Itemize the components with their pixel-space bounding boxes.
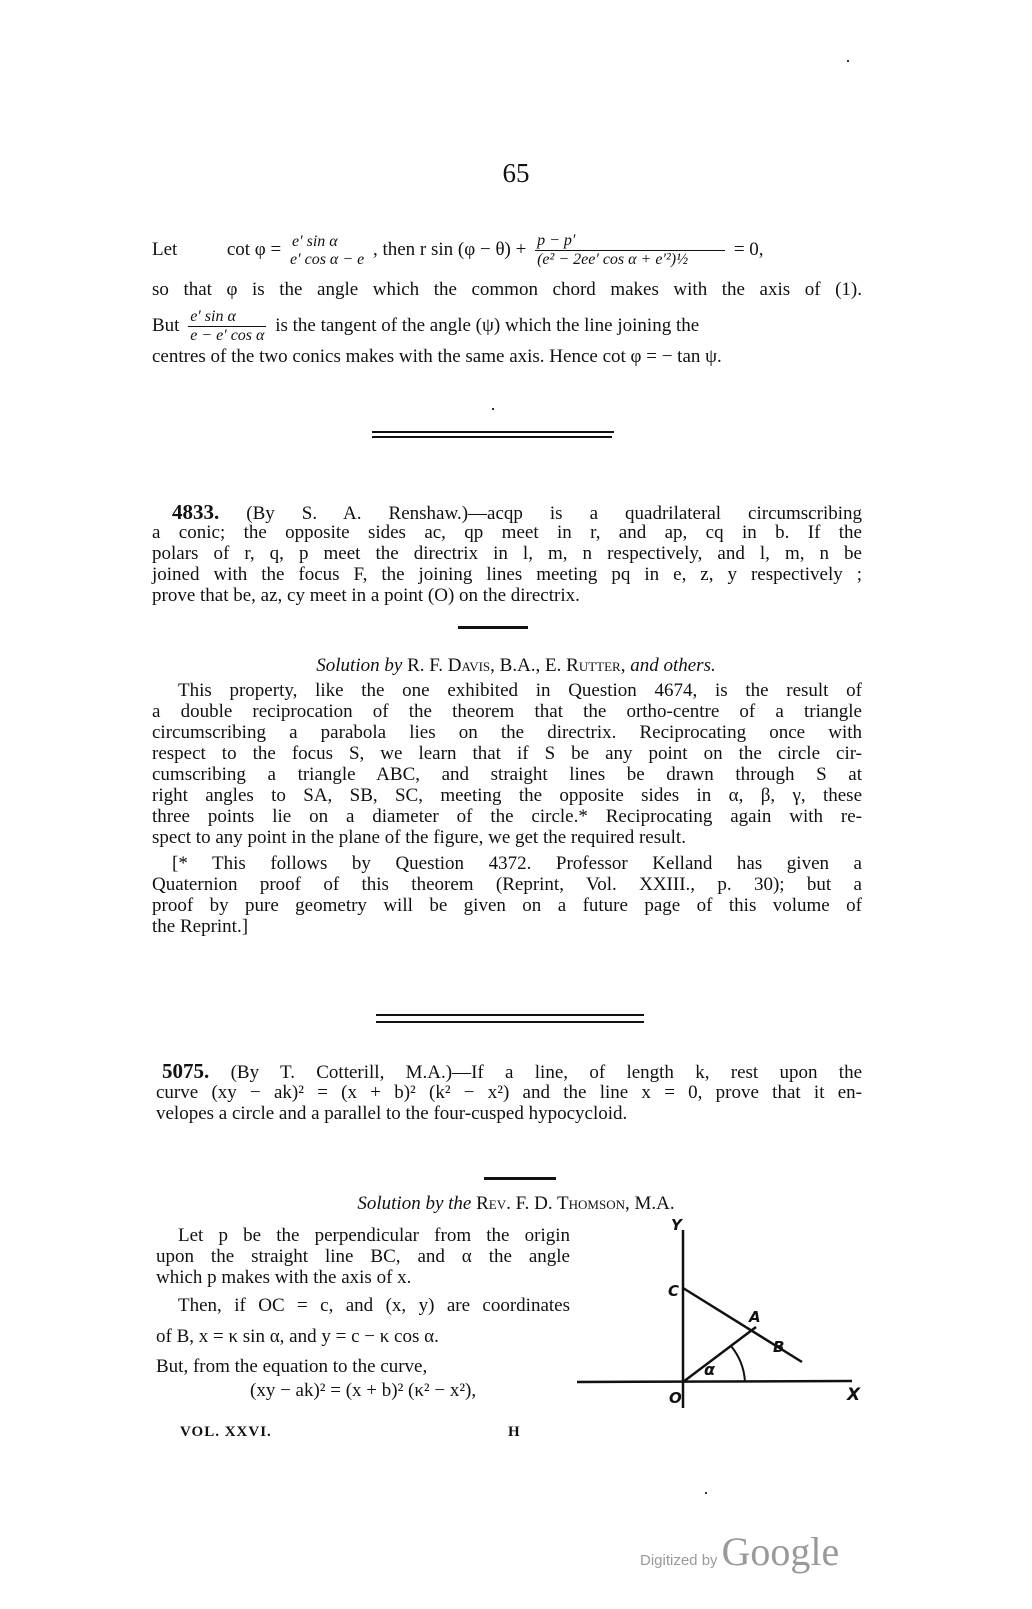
question-4833-line: prove that be, az, cy meet in a point (O…: [152, 585, 862, 607]
solution-4833-line: a double reciprocation of the theorem th…: [152, 701, 862, 723]
solution-4833-line: cumscribing a triangle ABC, and straight…: [152, 764, 862, 786]
solution-4833-line: spect to any point in the plane of the f…: [152, 827, 862, 849]
intro-fraction-2: p − p′ (e² − 2ee′ cos α + e′²)½: [535, 232, 725, 269]
solution-5075-line: Then, if OC = c, and (x, y) are coordina…: [178, 1295, 570, 1317]
watermark-digitized-by: Digitized by: [640, 1552, 718, 1569]
digitized-by-google-watermark: Digitized by Google: [640, 1528, 839, 1575]
editor-note-line: the Reprint.]: [152, 916, 862, 938]
scan-speck: [847, 60, 849, 62]
question-number: 5075.: [162, 1059, 209, 1083]
short-divider-rule: [458, 626, 528, 629]
angle-arc: [731, 1346, 745, 1382]
short-divider-rule: [484, 1177, 556, 1180]
label-alpha: α: [704, 1360, 716, 1379]
intro-equals-zero: = 0,: [734, 239, 764, 260]
intro-then: , then r sin (φ − θ) +: [373, 239, 526, 260]
signature-mark: H: [508, 1424, 521, 1441]
question-5075-line: velopes a circle and a parallel to the f…: [156, 1103, 862, 1125]
x-axis-line: [577, 1381, 852, 1382]
label-c: C: [668, 1282, 679, 1300]
solution-5075-line: of B, x = κ sin α, and y = c − κ cos α.: [156, 1326, 570, 1348]
page-number: 65: [0, 158, 1032, 189]
perpendicular-oa: [683, 1327, 756, 1382]
intro-equation-line: Let cot φ = e′ sin α e′ cos α − e , then…: [152, 232, 862, 269]
solution-4833-line: respect to the focus S, we learn that if…: [152, 743, 862, 765]
solution-4833-line: right angles to SA, SB, SC, meeting the …: [152, 785, 862, 807]
question-number: 4833.: [172, 500, 219, 524]
section-divider-rule: [376, 1021, 644, 1023]
label-b: B: [773, 1338, 784, 1356]
intro-line-3-rest: is the tangent of the angle (ψ) which th…: [275, 315, 699, 336]
intro-fraction-1: e′ sin α e′ cos α − e: [290, 233, 364, 269]
solution-5075-line: Let p be the perpendicular from the orig…: [178, 1225, 570, 1247]
intro-fraction-3: e′ sin α e − e′ cos α: [188, 308, 266, 345]
solution-5075-line: which p makes with the axis of x.: [156, 1267, 570, 1289]
scan-speck: [705, 1492, 707, 1494]
solution-heading-5075: Solution by the Rev. F. D. Thomson, M.A.: [0, 1193, 1032, 1215]
volume-label: VOL. XXVI.: [180, 1424, 272, 1441]
intro-cot-phi: cot φ =: [227, 239, 281, 260]
question-4833-line: joined with the focus F, the joining lin…: [152, 564, 862, 586]
geometry-figure: Y C A B α O X: [570, 1200, 870, 1420]
label-x: X: [846, 1385, 861, 1405]
section-divider-rule: [372, 436, 612, 438]
solution-5075-line: upon the straight line BC, and α the ang…: [156, 1246, 570, 1268]
solution-4833-line: three points lie on a diameter of the ci…: [152, 806, 862, 828]
solution-heading-4833: Solution by R. F. Davis, B.A., E. Rutter…: [0, 655, 1032, 677]
question-byline: (By T. Cotterill, M.A.)—: [231, 1062, 472, 1083]
intro-line-3: But e′ sin α e − e′ cos α is the tangent…: [152, 308, 862, 345]
intro-line-4: centres of the two conics makes with the…: [152, 346, 862, 368]
solution-5075-line: But, from the equation to the curve,: [156, 1356, 570, 1378]
solution-4833-line: circumscribing a parabola lies on the di…: [152, 722, 862, 744]
editor-note-line: proof by pure geometry will be given on …: [152, 895, 862, 917]
question-5075-line-1: 5075. (By T. Cotterill, M.A.)—If a line,…: [162, 1060, 862, 1084]
intro-line-2: so that φ is the angle which the common …: [152, 279, 862, 301]
label-a: A: [748, 1308, 761, 1326]
google-logo-text: Google: [722, 1529, 840, 1574]
solution-4833-line: This property, like the one exhibited in…: [178, 680, 862, 702]
question-5075-line: curve (xy − ak)² = (x + b)² (k² − x²) an…: [156, 1082, 862, 1104]
intro-let: Let: [152, 239, 177, 260]
scan-speck: [492, 408, 494, 410]
editor-note-line: [* This follows by Question 4372. Profes…: [172, 853, 862, 875]
question-byline: (By S. A. Renshaw.)—: [246, 503, 487, 524]
label-o: O: [669, 1389, 682, 1407]
editor-note-line: Quaternion proof of this theorem (Reprin…: [152, 874, 862, 896]
question-4833-line: a conic; the opposite sides ac, qp meet …: [152, 522, 862, 544]
curve-equation: (xy − ak)² = (x + b)² (κ² − x²),: [250, 1380, 570, 1402]
section-divider-rule: [372, 431, 614, 433]
intro-but: But: [152, 315, 179, 336]
section-divider-rule: [376, 1014, 644, 1016]
question-4833-line: polars of r, q, p meet the directrix in …: [152, 543, 862, 565]
